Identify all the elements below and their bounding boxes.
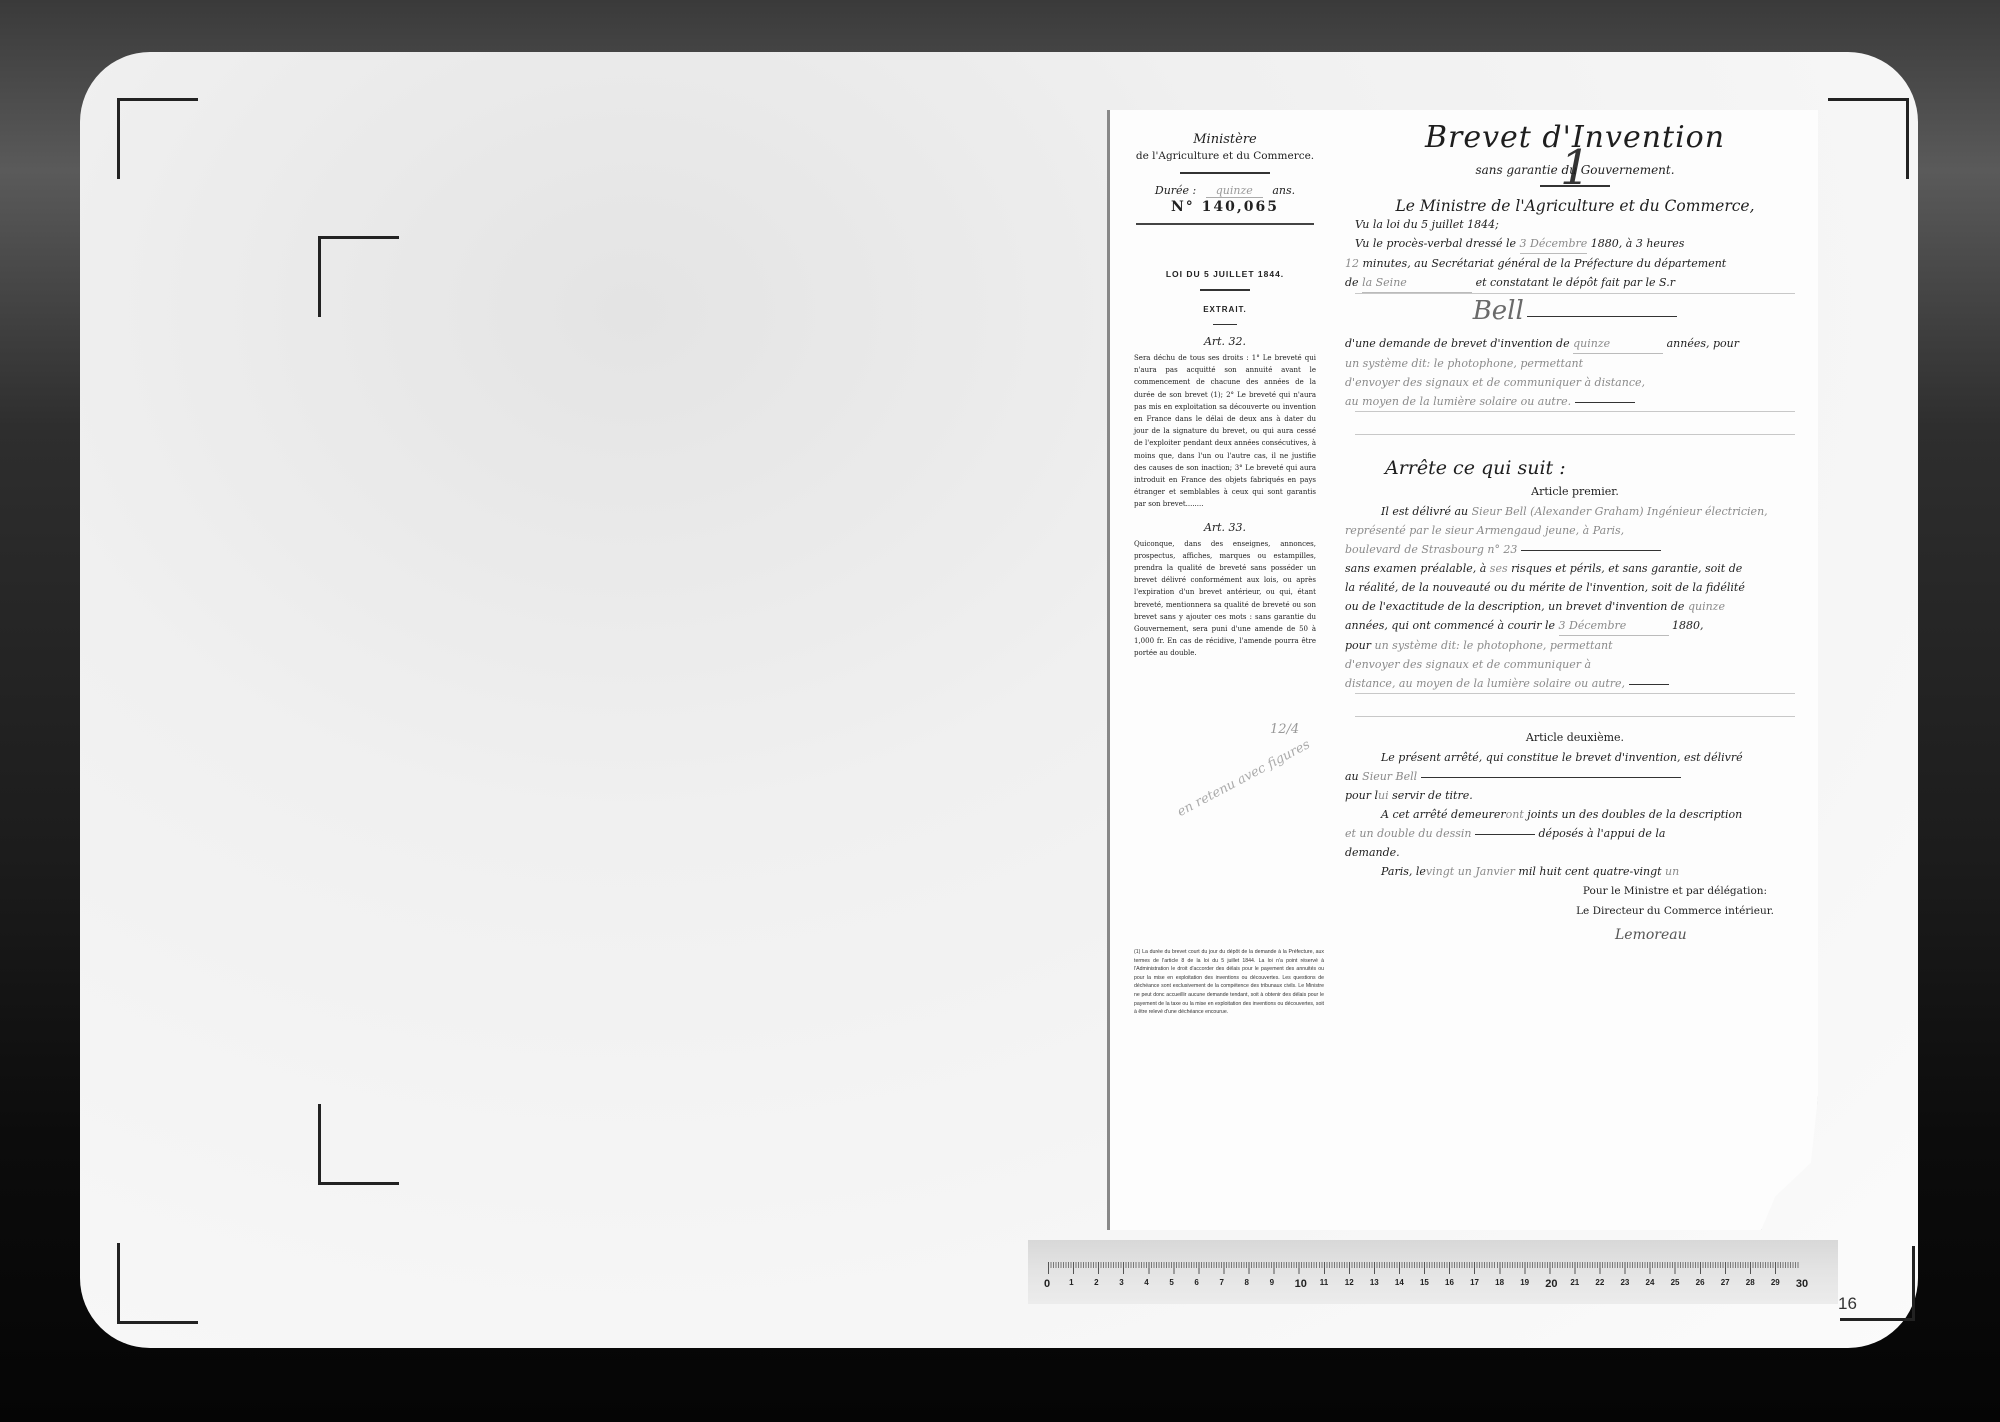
handwritten-fill: et un double du dessin bbox=[1345, 827, 1471, 840]
minutes-value: 12 bbox=[1345, 257, 1359, 270]
article-32-title: Art. 32. bbox=[1130, 335, 1320, 348]
start-year: 1880, bbox=[1672, 619, 1704, 632]
article-33-title: Art. 33. bbox=[1130, 521, 1320, 534]
ruler-label: 10 bbox=[1295, 1278, 1320, 1290]
request-prefix: d'une demande de brevet d'invention de bbox=[1345, 337, 1570, 350]
request-suffix: années, pour bbox=[1667, 337, 1739, 350]
ruler-ticks bbox=[1048, 1262, 1800, 1274]
scale-ruler: 0 1 2 3 4 5 6 7 8 9 10 11 12 13 14 15 16… bbox=[1028, 1240, 1838, 1304]
ruler-label: 13 bbox=[1370, 1278, 1395, 1290]
fill-dash bbox=[1521, 550, 1661, 551]
grantee-representative: représenté par le sieur Armengaud jeune,… bbox=[1345, 521, 1805, 540]
text-segment: années, qui ont commencé à courir le bbox=[1345, 619, 1555, 632]
grantee-name: Sieur Bell bbox=[1362, 770, 1417, 783]
ruler-labels: 0 1 2 3 4 5 6 7 8 9 10 11 12 13 14 15 16… bbox=[1044, 1278, 1824, 1290]
crop-mark-outer-top-right bbox=[1828, 98, 1909, 179]
text-line: et un double du dessin déposés à l'appui… bbox=[1345, 824, 1805, 843]
ruler-label: 5 bbox=[1169, 1278, 1194, 1290]
text-line: pour lui servir de titre. bbox=[1345, 786, 1805, 805]
decree-heading: Arrête ce qui suit : bbox=[1385, 457, 1805, 479]
fill-dash bbox=[1475, 834, 1535, 835]
ministry-title: Ministère bbox=[1130, 132, 1320, 147]
ruler-label: 30 bbox=[1796, 1278, 1821, 1290]
text-line: de la Seine et constatant le dépôt fait … bbox=[1345, 273, 1805, 293]
ruler-label: 27 bbox=[1721, 1278, 1746, 1290]
blank-line bbox=[1355, 716, 1795, 727]
start-date: 3 Décembre bbox=[1559, 616, 1669, 636]
grantee-name: Sieur Bell (Alexander Graham) Ingénieur … bbox=[1472, 505, 1768, 518]
text-line: la réalité, de la nouveauté ou du mérite… bbox=[1345, 578, 1805, 597]
handwritten-fill: quinze bbox=[1688, 600, 1725, 613]
pencil-fraction-note: 12/4 bbox=[1270, 722, 1299, 737]
ruler-label: 24 bbox=[1646, 1278, 1671, 1290]
ruler-label: 17 bbox=[1470, 1278, 1495, 1290]
article-33-text: Quiconque, dans des enseignes, annonces,… bbox=[1130, 538, 1320, 660]
text-segment: pour l bbox=[1345, 789, 1378, 802]
extract-heading: EXTRAIT. bbox=[1130, 305, 1320, 314]
signature: Lemoreau bbox=[1615, 927, 1805, 943]
article-2-title: Article deuxième. bbox=[1345, 731, 1805, 744]
text-segment: ou de l'exactitude de la description, un… bbox=[1345, 600, 1684, 613]
text-line: pour un système dit: le photophone, perm… bbox=[1345, 636, 1805, 655]
text-line: boulevard de Strasbourg n° 23 bbox=[1345, 540, 1805, 559]
depot-text: et constatant le dépôt fait par le S.r bbox=[1476, 276, 1675, 289]
text-segment: joints bbox=[1527, 808, 1558, 821]
ornament-divider bbox=[1213, 324, 1237, 325]
duration-field: Durée : quinze ans. bbox=[1130, 184, 1320, 197]
patent-number: N° 140,065 bbox=[1130, 199, 1320, 215]
blank-line bbox=[1355, 293, 1795, 302]
text-line: 12 minutes, au Secrétariat général de la… bbox=[1345, 254, 1805, 273]
fill-dash bbox=[1421, 777, 1681, 778]
document-subtitle: sans garantie du Gouvernement. bbox=[1345, 163, 1805, 177]
delegation-line: Pour le Ministre et par délégation: bbox=[1545, 881, 1805, 901]
crop-mark-inner-top-left bbox=[318, 236, 399, 317]
text-line: demande. bbox=[1345, 843, 1805, 862]
text-line: A cet arrêté demeureront joints un des d… bbox=[1345, 805, 1805, 824]
text-line: Il est délivré au Sieur Bell (Alexander … bbox=[1345, 502, 1805, 521]
invention-description-line: un système dit: le photophone, permettan… bbox=[1375, 639, 1613, 652]
ruler-label: 14 bbox=[1395, 1278, 1420, 1290]
text-segment: un des doubles de la description bbox=[1562, 808, 1743, 821]
ruler-label: 2 bbox=[1094, 1278, 1119, 1290]
margin-column: Ministère de l'Agriculture et du Commerc… bbox=[1130, 132, 1320, 660]
text-segment: pour bbox=[1345, 639, 1371, 652]
request-duration: quinze bbox=[1573, 334, 1663, 354]
ministry-subtitle: de l'Agriculture et du Commerce. bbox=[1130, 150, 1320, 162]
blank-line bbox=[1355, 411, 1795, 434]
pv-prefix: Vu le procès-verbal dressé le bbox=[1355, 237, 1516, 250]
invention-description-line: distance, au moyen de la lumière solaire… bbox=[1345, 677, 1625, 690]
ruler-label: 19 bbox=[1520, 1278, 1545, 1290]
grant-prefix: Il est délivré au bbox=[1381, 505, 1468, 518]
ruler-label: 29 bbox=[1771, 1278, 1796, 1290]
text-segment: servir de titre. bbox=[1392, 789, 1473, 802]
number-value: 140,065 bbox=[1202, 199, 1279, 215]
ruler-label: 9 bbox=[1270, 1278, 1295, 1290]
pv-date: 3 Décembre bbox=[1520, 234, 1588, 254]
applicant-name: Bell bbox=[1473, 296, 1524, 326]
blank-line bbox=[1355, 434, 1795, 435]
text-line: ou de l'exactitude de la description, un… bbox=[1345, 597, 1805, 616]
ornament-divider bbox=[1200, 289, 1250, 291]
article-32-text: Sera déchu de tous ses droits : 1° Le br… bbox=[1130, 352, 1320, 511]
pencil-annotation: en retenu avec figures bbox=[1174, 736, 1313, 821]
text-line: d'une demande de brevet d'invention de q… bbox=[1345, 334, 1805, 354]
handwritten-fill: ses bbox=[1490, 562, 1508, 575]
divider-rule bbox=[1136, 223, 1314, 225]
text-line: au Sieur Bell bbox=[1345, 767, 1805, 786]
ruler-label: 7 bbox=[1219, 1278, 1244, 1290]
issue-year: un bbox=[1665, 865, 1679, 878]
ruler-label: 16 bbox=[1445, 1278, 1470, 1290]
law-heading: LOI DU 5 JUILLET 1844. bbox=[1130, 269, 1320, 279]
text-line: Le présent arrêté, qui constitue le brev… bbox=[1345, 748, 1805, 767]
patent-body: Brevet d'Invention sans garantie du Gouv… bbox=[1345, 120, 1805, 943]
text-segment: déposés à l'appui de la bbox=[1538, 827, 1665, 840]
invention-description-line: d'envoyer des signaux et de communiquer … bbox=[1345, 373, 1805, 392]
applicant-line: Bell bbox=[1345, 302, 1805, 334]
document-title: Brevet d'Invention bbox=[1345, 120, 1805, 155]
text-segment: Paris, le bbox=[1381, 865, 1426, 878]
ruler-label: 20 bbox=[1545, 1278, 1570, 1290]
date-line: Paris, levingt un Janvier mil huit cent … bbox=[1345, 862, 1805, 881]
minutes-text: minutes, au Secrétariat général de la Pr… bbox=[1363, 257, 1727, 270]
ruler-label: 12 bbox=[1345, 1278, 1370, 1290]
text-segment: sans examen préalable, à bbox=[1345, 562, 1486, 575]
ruler-label: 18 bbox=[1495, 1278, 1520, 1290]
footnote: (1) La durée du brevet court du jour du … bbox=[1134, 948, 1324, 1017]
ruler-label: 22 bbox=[1595, 1278, 1620, 1290]
text-line: Vu la loi du 5 juillet 1844; bbox=[1355, 215, 1805, 234]
ornament-divider bbox=[1540, 185, 1610, 187]
patent-document: Ministère de l'Agriculture et du Commerc… bbox=[1107, 110, 1818, 1230]
text-line: sans examen préalable, à ses risques et … bbox=[1345, 559, 1805, 578]
fill-dash bbox=[1527, 316, 1677, 317]
number-label: N° bbox=[1171, 199, 1195, 215]
ruler-label: 1 bbox=[1069, 1278, 1094, 1290]
law-reference: Vu la loi du 5 juillet 1844; bbox=[1355, 218, 1499, 231]
ruler-label: 4 bbox=[1144, 1278, 1169, 1290]
text-segment: au bbox=[1345, 770, 1359, 783]
text-segment: mil huit cent quatre-vingt bbox=[1518, 865, 1661, 878]
article-1-title: Article premier. bbox=[1345, 485, 1805, 498]
ruler-label: 23 bbox=[1620, 1278, 1645, 1290]
duration-label: Durée : bbox=[1155, 184, 1196, 197]
crop-mark-inner-bottom-left bbox=[318, 1104, 399, 1185]
ruler-label: 25 bbox=[1671, 1278, 1696, 1290]
fill-dash bbox=[1575, 402, 1635, 403]
department-value: la Seine bbox=[1362, 273, 1472, 293]
ruler-label: 11 bbox=[1320, 1278, 1345, 1290]
dept-prefix: de bbox=[1345, 276, 1359, 289]
ornament-divider bbox=[1180, 172, 1270, 174]
ruler-label: 3 bbox=[1119, 1278, 1144, 1290]
text-segment: A cet arrêté demeurer bbox=[1381, 808, 1506, 821]
crop-mark-outer-bottom-left bbox=[117, 1243, 198, 1324]
ruler-label: 15 bbox=[1420, 1278, 1445, 1290]
text-segment: risques et périls, et sans garantie, soi… bbox=[1511, 562, 1742, 575]
handwritten-fill: ont bbox=[1506, 808, 1524, 821]
ruler-label: 28 bbox=[1746, 1278, 1771, 1290]
text-line: Vu le procès-verbal dressé le 3 Décembre… bbox=[1355, 234, 1805, 254]
invention-text: au moyen de la lumière solaire ou autre. bbox=[1345, 395, 1571, 408]
pv-year: 1880, à 3 heures bbox=[1591, 237, 1685, 250]
ruler-label: 6 bbox=[1194, 1278, 1219, 1290]
minister-heading: Le Ministre de l'Agriculture et du Comme… bbox=[1345, 197, 1805, 215]
blank-line bbox=[1355, 693, 1795, 716]
duration-unit: ans. bbox=[1272, 184, 1295, 197]
ruler-label: 8 bbox=[1245, 1278, 1270, 1290]
invention-description-line: un système dit: le photophone, permettan… bbox=[1345, 354, 1805, 373]
text-line: années, qui ont commencé à courir le 3 D… bbox=[1345, 616, 1805, 636]
fill-dash bbox=[1629, 684, 1669, 685]
crop-mark-outer-top-left bbox=[117, 98, 198, 179]
text-line: distance, au moyen de la lumière solaire… bbox=[1345, 674, 1805, 693]
ruler-label: 0 bbox=[1044, 1278, 1069, 1290]
duration-value: quinze bbox=[1206, 184, 1263, 198]
ruler-label: 26 bbox=[1696, 1278, 1721, 1290]
handwritten-fill: ui bbox=[1378, 789, 1389, 802]
issue-date: vingt un Janvier bbox=[1426, 865, 1515, 878]
director-title: Le Directeur du Commerce intérieur. bbox=[1545, 901, 1805, 921]
ruler-label: 21 bbox=[1570, 1278, 1595, 1290]
signature-block: Pour le Ministre et par délégation: Le D… bbox=[1545, 881, 1805, 921]
invention-description-line: d'envoyer des signaux et de communiquer … bbox=[1345, 655, 1805, 674]
invention-description-line: au moyen de la lumière solaire ou autre. bbox=[1345, 392, 1805, 411]
plate-number: 16 bbox=[1838, 1294, 1857, 1314]
grantee-address: boulevard de Strasbourg n° 23 bbox=[1345, 543, 1517, 556]
